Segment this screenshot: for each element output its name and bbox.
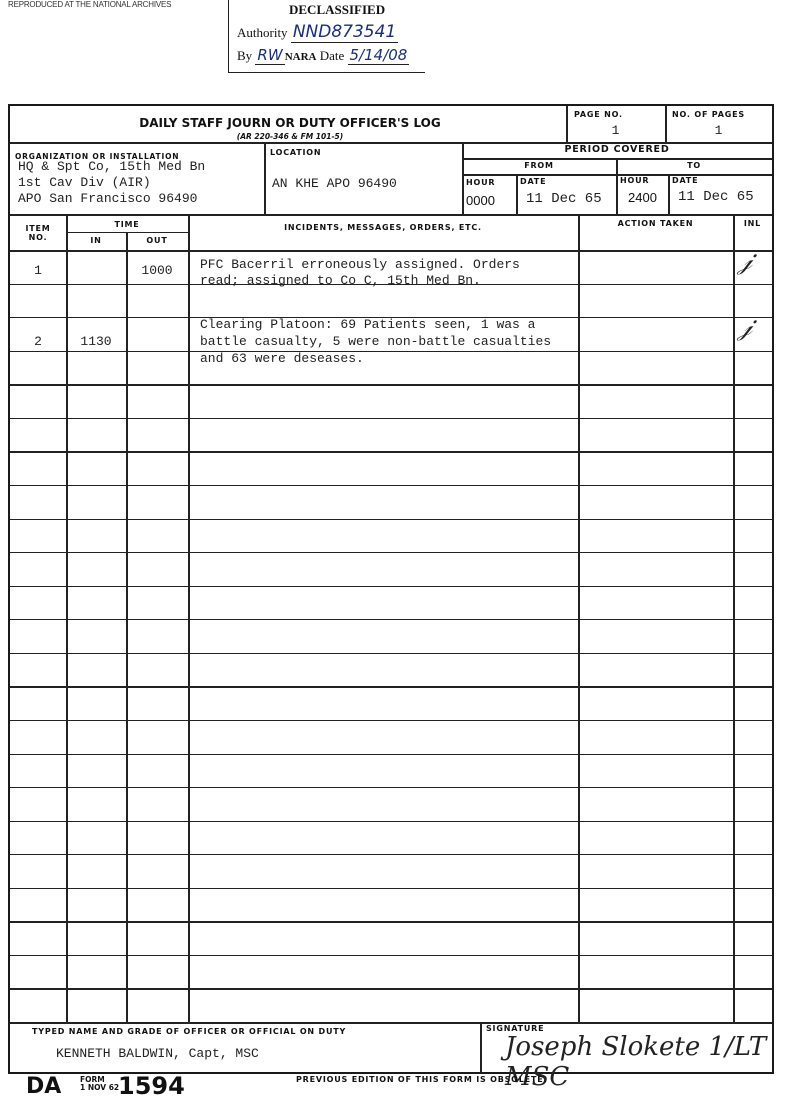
col-in-header: IN bbox=[66, 236, 126, 245]
staff-journal-form: DAILY STAFF JOURN OR DUTY OFFICER'S LOG … bbox=[8, 104, 774, 1074]
table-row-divider bbox=[10, 519, 772, 520]
form-subtitle: (AR 220-346 & FM 101-5) bbox=[10, 132, 570, 141]
table-row-divider bbox=[10, 854, 772, 855]
table-row-divider bbox=[10, 754, 772, 755]
initials-mark-icon: 𝒿 bbox=[738, 312, 752, 343]
date-label: Date bbox=[320, 48, 345, 63]
page-no-label: PAGE NO. bbox=[574, 110, 623, 119]
table-row-divider bbox=[10, 720, 772, 721]
col-action-header: ACTION TAKEN bbox=[578, 219, 733, 228]
col-no-label: NO. bbox=[10, 233, 66, 242]
entry-text-line: battle casualty, 5 were non-battle casua… bbox=[200, 333, 551, 350]
col-out-header: OUT bbox=[126, 236, 188, 245]
from-label: FROM bbox=[462, 161, 616, 170]
organization-line: 1st Cav Div (AIR) bbox=[18, 175, 205, 191]
entry-2-time-in: 1130 bbox=[66, 334, 126, 349]
from-hour-value: 0000 bbox=[466, 193, 495, 208]
initials-mark-icon: 𝒿 bbox=[738, 246, 752, 277]
from-date-label: DATE bbox=[520, 177, 546, 186]
organization-line: HQ & Spt Co, 15th Med Bn bbox=[18, 159, 205, 175]
nara-label: NARA bbox=[285, 51, 317, 63]
page-no-value: 1 bbox=[566, 123, 665, 138]
organization-value: HQ & Spt Co, 15th Med Bn 1st Cav Div (AI… bbox=[18, 159, 205, 207]
table-row-divider bbox=[10, 787, 772, 788]
col-time-header: TIME bbox=[66, 220, 188, 229]
table-row-divider bbox=[10, 485, 772, 486]
entry-2-text: Clearing Platoon: 69 Patients seen, 1 wa… bbox=[200, 316, 551, 367]
authority-value: NND873541 bbox=[291, 22, 398, 43]
to-hour-value: 2400 bbox=[628, 190, 657, 205]
no-of-pages-label: NO. OF PAGES bbox=[672, 110, 745, 119]
table-row-divider bbox=[10, 988, 772, 989]
from-hour-label: HOUR bbox=[466, 178, 495, 187]
table-row-divider bbox=[10, 686, 772, 687]
to-hour-label: HOUR bbox=[620, 176, 649, 185]
table-row-divider bbox=[10, 418, 772, 419]
table-row-divider bbox=[10, 586, 772, 587]
table-row-divider bbox=[10, 821, 772, 822]
table-header-divider bbox=[10, 250, 772, 252]
date-value: 5/14/08 bbox=[348, 46, 410, 65]
col-incidents-header: INCIDENTS, MESSAGES, ORDERS, ETC. bbox=[188, 223, 578, 232]
form-label-block: FORM 1 NOV 62 bbox=[80, 1076, 119, 1092]
form-date: 1 NOV 62 bbox=[80, 1084, 119, 1092]
to-date-label: DATE bbox=[672, 176, 698, 185]
location-value: AN KHE APO 96490 bbox=[272, 176, 397, 191]
obsolete-note: PREVIOUS EDITION OF THIS FORM IS OBSOLET… bbox=[296, 1075, 547, 1084]
period-covered-label: PERIOD COVERED bbox=[462, 144, 772, 155]
table-row-divider bbox=[10, 653, 772, 654]
declassified-stamp: DECLASSIFIED Authority NND873541 By RWNA… bbox=[228, 0, 425, 73]
table-row-divider bbox=[10, 955, 772, 956]
authority-line: Authority NND873541 bbox=[237, 22, 398, 42]
typed-name-value: KENNETH BALDWIN, Capt, MSC bbox=[56, 1046, 259, 1061]
by-initials: RW bbox=[255, 46, 284, 65]
table-row-divider bbox=[10, 888, 772, 889]
entry-text-line: Clearing Platoon: 69 Patients seen, 1 wa… bbox=[200, 316, 551, 333]
typed-name-label: TYPED NAME AND GRADE OF OFFICER OR OFFIC… bbox=[32, 1027, 346, 1036]
table-row-divider bbox=[10, 921, 772, 922]
entry-1-item: 1 bbox=[10, 263, 66, 278]
entry-text-line: and 63 were deseases. bbox=[200, 350, 551, 367]
table-row-divider bbox=[10, 451, 772, 452]
by-label: By bbox=[237, 48, 252, 63]
from-date-value: 11 Dec 65 bbox=[526, 191, 602, 207]
col-item-label: ITEM bbox=[10, 224, 66, 233]
organization-line: APO San Francisco 96490 bbox=[18, 191, 205, 207]
form-title: DAILY STAFF JOURN OR DUTY OFFICER'S LOG bbox=[10, 116, 570, 130]
entry-2-item: 2 bbox=[10, 334, 66, 349]
table-row-divider bbox=[10, 619, 772, 620]
entry-1-text: PFC Bacerril erroneously assigned. Order… bbox=[200, 257, 520, 289]
to-label: TO bbox=[616, 161, 772, 170]
form-number: 1594 bbox=[118, 1072, 185, 1100]
declassified-title: DECLASSIFIED bbox=[289, 2, 385, 18]
authority-label: Authority bbox=[237, 25, 288, 40]
table-row-divider bbox=[10, 384, 772, 385]
to-date-value: 11 Dec 65 bbox=[678, 189, 754, 205]
entry-text-line: PFC Bacerril erroneously assigned. Order… bbox=[200, 257, 520, 273]
reproduced-note: REPRODUCED AT THE NATIONAL ARCHIVES bbox=[8, 0, 171, 9]
col-item-header: ITEM NO. bbox=[10, 224, 66, 242]
entry-1-time-out: 1000 bbox=[126, 263, 188, 278]
no-of-pages-value: 1 bbox=[665, 123, 772, 138]
by-line: By RWNARA Date 5/14/08 bbox=[237, 46, 409, 64]
col-inl-header: INL bbox=[733, 219, 772, 228]
entry-text-line: read; assigned to Co C, 15th Med Bn. bbox=[200, 273, 520, 289]
location-label: LOCATION bbox=[270, 148, 321, 157]
table-row-divider bbox=[10, 552, 772, 553]
form-da: DA bbox=[26, 1074, 61, 1099]
